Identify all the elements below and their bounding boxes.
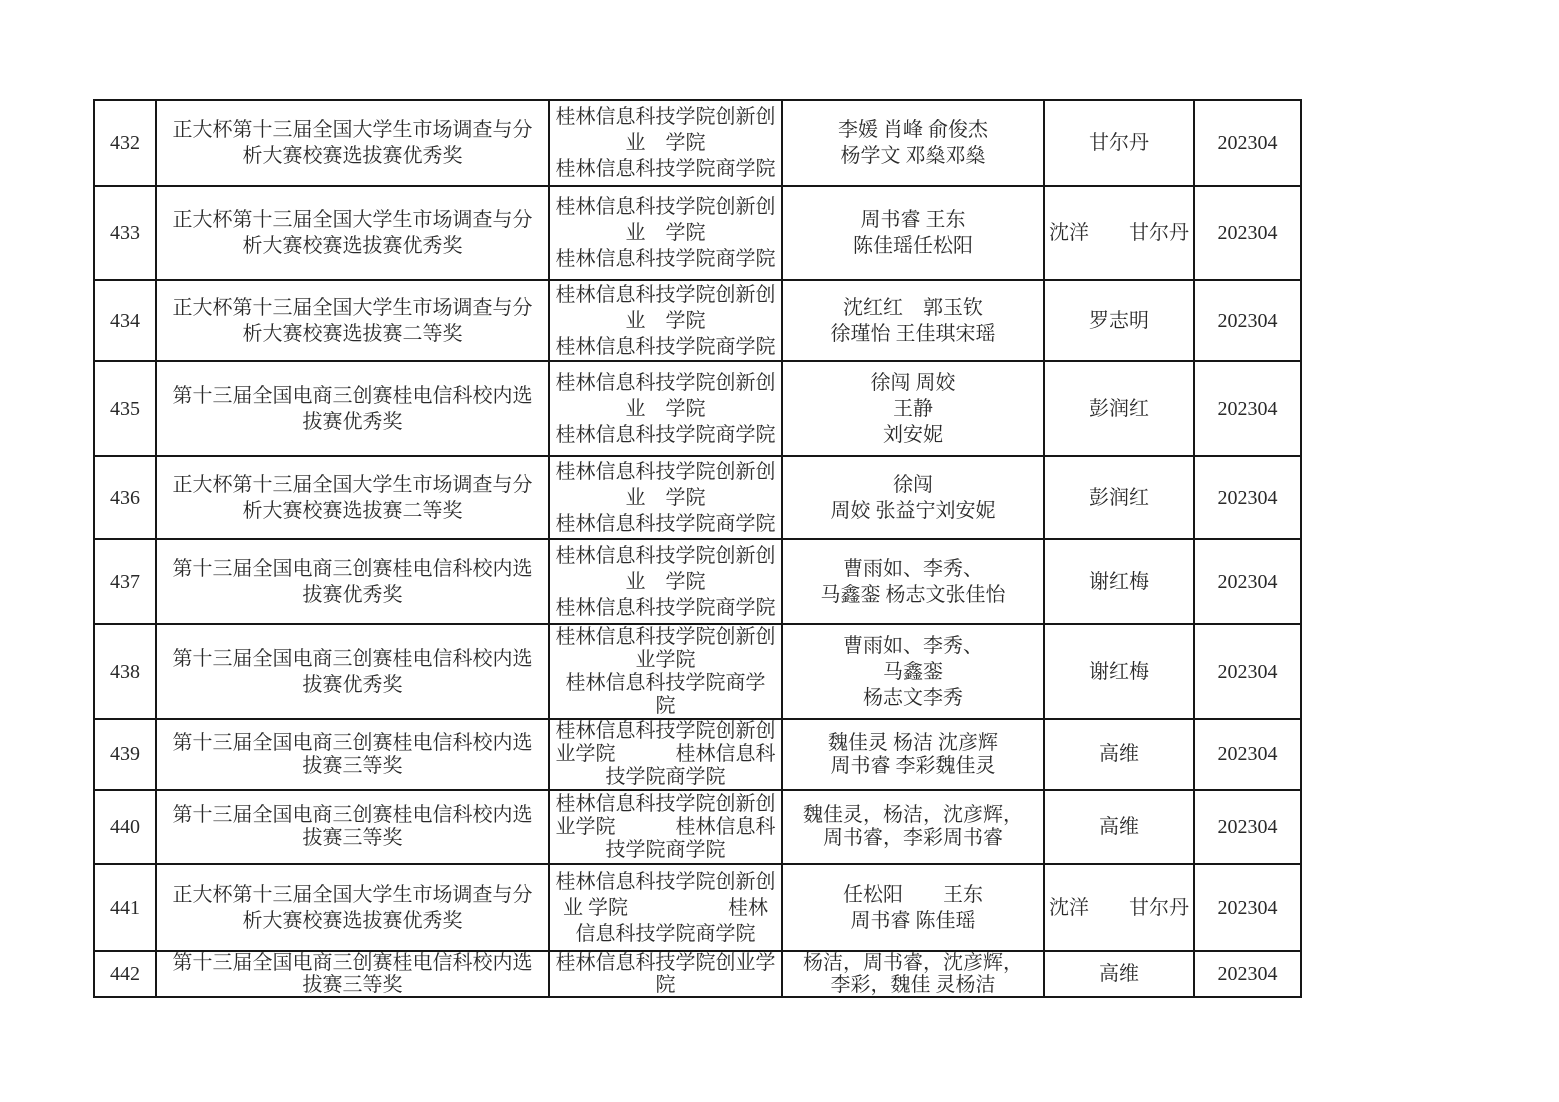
award-name-cell: 第十三届全国电商三创赛桂电信科校内选 拔赛优秀奖 xyxy=(156,361,549,456)
award-name-cell: 正大杯第十三届全国大学生市场调查与分 析大赛校赛选拔赛优秀奖 xyxy=(156,100,549,186)
college-name-cell: 桂林信息科技学院创新创 业 学院 桂林信息科技学院商学院 xyxy=(549,186,782,280)
award-name-cell: 正大杯第十三届全国大学生市场调查与分 析大赛校赛选拔赛优秀奖 xyxy=(156,186,549,280)
row-number-cell: 442 xyxy=(94,951,156,997)
award-date-cell: 202304 xyxy=(1194,280,1301,361)
team-members-cell: 李媛 肖峰 俞俊杰 杨学文 邓燊邓燊 xyxy=(782,100,1044,186)
table-row: 435 第十三届全国电商三创赛桂电信科校内选 拔赛优秀奖 桂林信息科技学院创新创… xyxy=(94,361,1301,456)
row-number-cell: 438 xyxy=(94,624,156,719)
awards-table: 432 正大杯第十三届全国大学生市场调查与分 析大赛校赛选拔赛优秀奖 桂林信息科… xyxy=(93,99,1302,998)
college-name-cell: 桂林信息科技学院创新创 业 学院 桂林信息科技学院商学院 xyxy=(549,280,782,361)
college-name-cell: 桂林信息科技学院创业学 院 xyxy=(549,951,782,997)
team-members-cell: 曹雨如、李秀、 马鑫銮 杨志文张佳怡 xyxy=(782,539,1044,624)
college-name-cell: 桂林信息科技学院创新创 业学院 桂林信息科 技学院商学院 xyxy=(549,790,782,864)
team-members-cell: 徐闯 周姣 张益宁刘安妮 xyxy=(782,456,1044,539)
table-row: 432 正大杯第十三届全国大学生市场调查与分 析大赛校赛选拔赛优秀奖 桂林信息科… xyxy=(94,100,1301,186)
table-row: 433 正大杯第十三届全国大学生市场调查与分 析大赛校赛选拔赛优秀奖 桂林信息科… xyxy=(94,186,1301,280)
award-date-cell: 202304 xyxy=(1194,186,1301,280)
table-row: 440 第十三届全国电商三创赛桂电信科校内选 拔赛三等奖 桂林信息科技学院创新创… xyxy=(94,790,1301,864)
awards-table-body: 432 正大杯第十三届全国大学生市场调查与分 析大赛校赛选拔赛优秀奖 桂林信息科… xyxy=(94,100,1301,997)
advisors-cell: 高维 xyxy=(1044,719,1194,790)
award-date-cell: 202304 xyxy=(1194,790,1301,864)
row-number-cell: 436 xyxy=(94,456,156,539)
table-row: 434 正大杯第十三届全国大学生市场调查与分 析大赛校赛选拔赛二等奖 桂林信息科… xyxy=(94,280,1301,361)
award-date-cell: 202304 xyxy=(1194,951,1301,997)
team-members-cell: 徐闯 周姣 王静 刘安妮 xyxy=(782,361,1044,456)
award-name-cell: 正大杯第十三届全国大学生市场调查与分 析大赛校赛选拔赛二等奖 xyxy=(156,280,549,361)
award-date-cell: 202304 xyxy=(1194,456,1301,539)
award-date-cell: 202304 xyxy=(1194,100,1301,186)
college-name-cell: 桂林信息科技学院创新创 业学院 桂林信息科 技学院商学院 xyxy=(549,719,782,790)
document-page: 432 正大杯第十三届全国大学生市场调查与分 析大赛校赛选拔赛优秀奖 桂林信息科… xyxy=(0,0,1559,1102)
advisors-cell: 甘尔丹 xyxy=(1044,100,1194,186)
row-number-cell: 433 xyxy=(94,186,156,280)
row-number-cell: 440 xyxy=(94,790,156,864)
award-name-cell: 第十三届全国电商三创赛桂电信科校内选 拔赛三等奖 xyxy=(156,951,549,997)
advisors-cell: 罗志明 xyxy=(1044,280,1194,361)
award-name-cell: 第十三届全国电商三创赛桂电信科校内选 拔赛三等奖 xyxy=(156,719,549,790)
award-date-cell: 202304 xyxy=(1194,864,1301,951)
college-name-cell: 桂林信息科技学院创新创 业 学院 桂林信息科技学院商学院 xyxy=(549,100,782,186)
college-name-cell: 桂林信息科技学院创新创 业学院 桂林信息科技学院商学 院 xyxy=(549,624,782,719)
table-row: 439 第十三届全国电商三创赛桂电信科校内选 拔赛三等奖 桂林信息科技学院创新创… xyxy=(94,719,1301,790)
table-row: 442 第十三届全国电商三创赛桂电信科校内选 拔赛三等奖 桂林信息科技学院创业学… xyxy=(94,951,1301,997)
advisors-cell: 沈洋 甘尔丹 xyxy=(1044,864,1194,951)
team-members-cell: 魏佳灵，杨洁，沈彦辉， 周书睿，李彩周书睿 xyxy=(782,790,1044,864)
advisors-cell: 沈洋 甘尔丹 xyxy=(1044,186,1194,280)
row-number-cell: 439 xyxy=(94,719,156,790)
row-number-cell: 435 xyxy=(94,361,156,456)
award-name-cell: 第十三届全国电商三创赛桂电信科校内选 拔赛优秀奖 xyxy=(156,624,549,719)
award-date-cell: 202304 xyxy=(1194,624,1301,719)
table-row: 437 第十三届全国电商三创赛桂电信科校内选 拔赛优秀奖 桂林信息科技学院创新创… xyxy=(94,539,1301,624)
award-date-cell: 202304 xyxy=(1194,539,1301,624)
college-name-cell: 桂林信息科技学院创新创 业 学院 桂林 信息科技学院商学院 xyxy=(549,864,782,951)
advisors-cell: 谢红梅 xyxy=(1044,624,1194,719)
team-members-cell: 魏佳灵 杨洁 沈彦辉 周书睿 李彩魏佳灵 xyxy=(782,719,1044,790)
table-row: 436 正大杯第十三届全国大学生市场调查与分 析大赛校赛选拔赛二等奖 桂林信息科… xyxy=(94,456,1301,539)
row-number-cell: 437 xyxy=(94,539,156,624)
row-number-cell: 434 xyxy=(94,280,156,361)
advisors-cell: 高维 xyxy=(1044,951,1194,997)
college-name-cell: 桂林信息科技学院创新创 业 学院 桂林信息科技学院商学院 xyxy=(549,539,782,624)
award-name-cell: 正大杯第十三届全国大学生市场调查与分 析大赛校赛选拔赛二等奖 xyxy=(156,456,549,539)
award-date-cell: 202304 xyxy=(1194,361,1301,456)
award-name-cell: 第十三届全国电商三创赛桂电信科校内选 拔赛优秀奖 xyxy=(156,539,549,624)
advisors-cell: 谢红梅 xyxy=(1044,539,1194,624)
advisors-cell: 彭润红 xyxy=(1044,456,1194,539)
college-name-cell: 桂林信息科技学院创新创 业 学院 桂林信息科技学院商学院 xyxy=(549,361,782,456)
row-number-cell: 432 xyxy=(94,100,156,186)
team-members-cell: 任松阳 王东 周书睿 陈佳瑶 xyxy=(782,864,1044,951)
college-name-cell: 桂林信息科技学院创新创 业 学院 桂林信息科技学院商学院 xyxy=(549,456,782,539)
award-name-cell: 正大杯第十三届全国大学生市场调查与分 析大赛校赛选拔赛优秀奖 xyxy=(156,864,549,951)
table-row: 441 正大杯第十三届全国大学生市场调查与分 析大赛校赛选拔赛优秀奖 桂林信息科… xyxy=(94,864,1301,951)
advisors-cell: 高维 xyxy=(1044,790,1194,864)
team-members-cell: 沈红红 郭玉钦 徐瑾怡 王佳琪宋瑶 xyxy=(782,280,1044,361)
team-members-cell: 曹雨如、李秀、 马鑫銮 杨志文李秀 xyxy=(782,624,1044,719)
team-members-cell: 周书睿 王东 陈佳瑶任松阳 xyxy=(782,186,1044,280)
award-name-cell: 第十三届全国电商三创赛桂电信科校内选 拔赛三等奖 xyxy=(156,790,549,864)
row-number-cell: 441 xyxy=(94,864,156,951)
team-members-cell: 杨洁，周书睿，沈彦辉， 李彩，魏佳 灵杨洁 xyxy=(782,951,1044,997)
award-date-cell: 202304 xyxy=(1194,719,1301,790)
advisors-cell: 彭润红 xyxy=(1044,361,1194,456)
table-row: 438 第十三届全国电商三创赛桂电信科校内选 拔赛优秀奖 桂林信息科技学院创新创… xyxy=(94,624,1301,719)
